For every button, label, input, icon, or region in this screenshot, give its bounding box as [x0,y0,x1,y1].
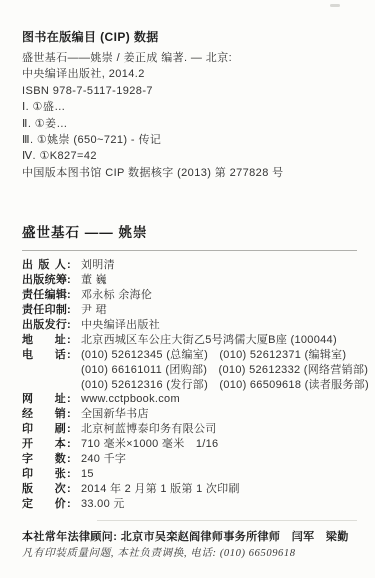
row-colon: : [67,467,71,482]
colophon-row-sheets: 印张: 15 [22,467,357,482]
row-label: 出版人 [22,258,66,273]
row-colon: : [67,348,71,363]
row-label: 电话 [22,348,66,363]
row-value: 刘明清 [81,258,115,273]
colophon-row-editor: 责任编辑: 邓永标 余海伦 [22,288,357,303]
row-colon: : [67,482,71,497]
row-label: 出版统筹 [22,273,66,288]
colophon-row-planning: 出版统筹: 董 巍 [22,273,357,288]
row-value: 尹 珺 [81,303,107,318]
title-divider [22,250,357,251]
row-label: 责任编辑 [22,288,66,303]
row-label: 印刷 [22,422,66,437]
row-colon: : [67,318,71,333]
row-label: 出版发行 [22,318,66,333]
row-label: 印张 [22,467,66,482]
row-value: 全国新华书店 [81,407,149,422]
row-colon: : [67,288,71,303]
row-value: 33.00 元 [81,497,125,512]
row-value: www.cctpbook.com [81,392,180,407]
row-value: (010) 52612345 (总编室) (010) 52612371 (编辑室… [81,348,346,363]
colophon: 出版人: 刘明清 出版统筹: 董 巍 责任编辑: 邓永标 余海伦 责任印制: 尹… [22,258,357,511]
row-value: 邓永标 余海伦 [81,288,152,303]
row-colon: : [67,437,71,452]
colophon-row-distribution: 经销: 全国新华书店 [22,407,357,422]
row-colon: : [67,497,71,512]
row-value: 710 毫米×1000 毫米 1/16 [81,437,218,452]
cip-line: 盛世基石——姚崇 / 姜正成 编著. — 北京: [22,50,357,66]
colophon-row-phone-cont: (010) 66161011 (团购部) (010) 52612332 (网络营… [22,363,357,378]
colophon-row-print-supervisor: 责任印制: 尹 珺 [22,303,357,318]
legal-advisor-line: 本社常年法律顾问: 北京市吴栾赵阎律师事务所律师 闫军 梁勤 [22,529,357,545]
colophon-row-word-count: 字数: 240 千字 [22,452,357,467]
colophon-row-edition: 版次: 2014 年 2 月第 1 版第 1 次印刷 [22,482,357,497]
row-label: 地址 [22,333,66,348]
row-value: (010) 52612316 (发行部) (010) 66509618 (读者服… [81,378,369,393]
row-value: (010) 66161011 (团购部) (010) 52612332 (网络营… [81,363,368,378]
row-colon: : [67,407,71,422]
row-label: 责任印制 [22,303,66,318]
cip-line: Ⅲ. ①姚崇 (650~721) - 传记 [22,132,357,148]
row-value: 15 [81,467,94,482]
row-colon: : [67,422,71,437]
colophon-row-price: 定价: 33.00 元 [22,497,357,512]
cip-line: Ⅱ. ①姜… [22,116,357,132]
row-colon: : [67,273,71,288]
row-value: 北京西城区车公庄大街乙5号鸿儒大厦B座 (100044) [81,333,337,348]
colophon-row-address: 地址: 北京西城区车公庄大街乙5号鸿儒大厦B座 (100044) [22,333,357,348]
cip-line: Ⅰ. ①盛… [22,99,357,115]
colophon-row-format: 开本: 710 毫米×1000 毫米 1/16 [22,437,357,452]
row-value: 董 巍 [81,273,107,288]
row-label: 定价 [22,497,66,512]
row-value: 中央编译出版社 [81,318,160,333]
row-label: 版次 [22,482,66,497]
cip-block: 图书在版编目 (CIP) 数据 盛世基石——姚崇 / 姜正成 编著. — 北京:… [22,28,357,181]
book-title: 盛世基石 —— 姚崇 [22,221,357,241]
colophon-row-printer: 印刷: 北京柯蓝博泰印务有限公司 [22,422,357,437]
legal-quality-line: 凡有印装质量问题, 本社负责调换, 电话: (010) 66509618 [22,545,357,562]
row-value: 北京柯蓝博泰印务有限公司 [81,422,217,437]
cip-line: Ⅳ. ①K827=42 [22,148,357,164]
row-label: 字数 [22,452,66,467]
legal-divider [97,520,357,521]
row-colon: : [67,392,71,407]
row-label: 开本 [22,437,66,452]
scan-artifact [330,4,340,7]
colophon-row-phone: 电话: (010) 52612345 (总编室) (010) 52612371 … [22,348,357,363]
cip-line: 中央编译出版社, 2014.2 [22,66,357,82]
row-value: 2014 年 2 月第 1 版第 1 次印刷 [81,482,240,497]
row-colon: : [67,452,71,467]
copyright-page: 图书在版编目 (CIP) 数据 盛世基石——姚崇 / 姜正成 编著. — 北京:… [0,0,375,578]
cip-line-record-number: 中国版本图书馆 CIP 数据核字 (2013) 第 277828 号 [22,165,357,181]
row-colon: : [67,258,71,273]
row-colon: : [67,303,71,318]
row-colon: : [67,333,71,348]
cip-line-isbn: ISBN 978-7-5117-1928-7 [22,83,357,99]
colophon-row-publisher: 出版发行: 中央编译出版社 [22,318,357,333]
row-label: 经销 [22,407,66,422]
colophon-row-publisher-person: 出版人: 刘明清 [22,258,357,273]
colophon-row-website: 网址: www.cctpbook.com [22,392,357,407]
colophon-row-phone-cont: (010) 52612316 (发行部) (010) 66509618 (读者服… [22,378,357,393]
row-label: 网址 [22,392,66,407]
row-value: 240 千字 [81,452,126,467]
cip-header: 图书在版编目 (CIP) 数据 [22,28,357,45]
